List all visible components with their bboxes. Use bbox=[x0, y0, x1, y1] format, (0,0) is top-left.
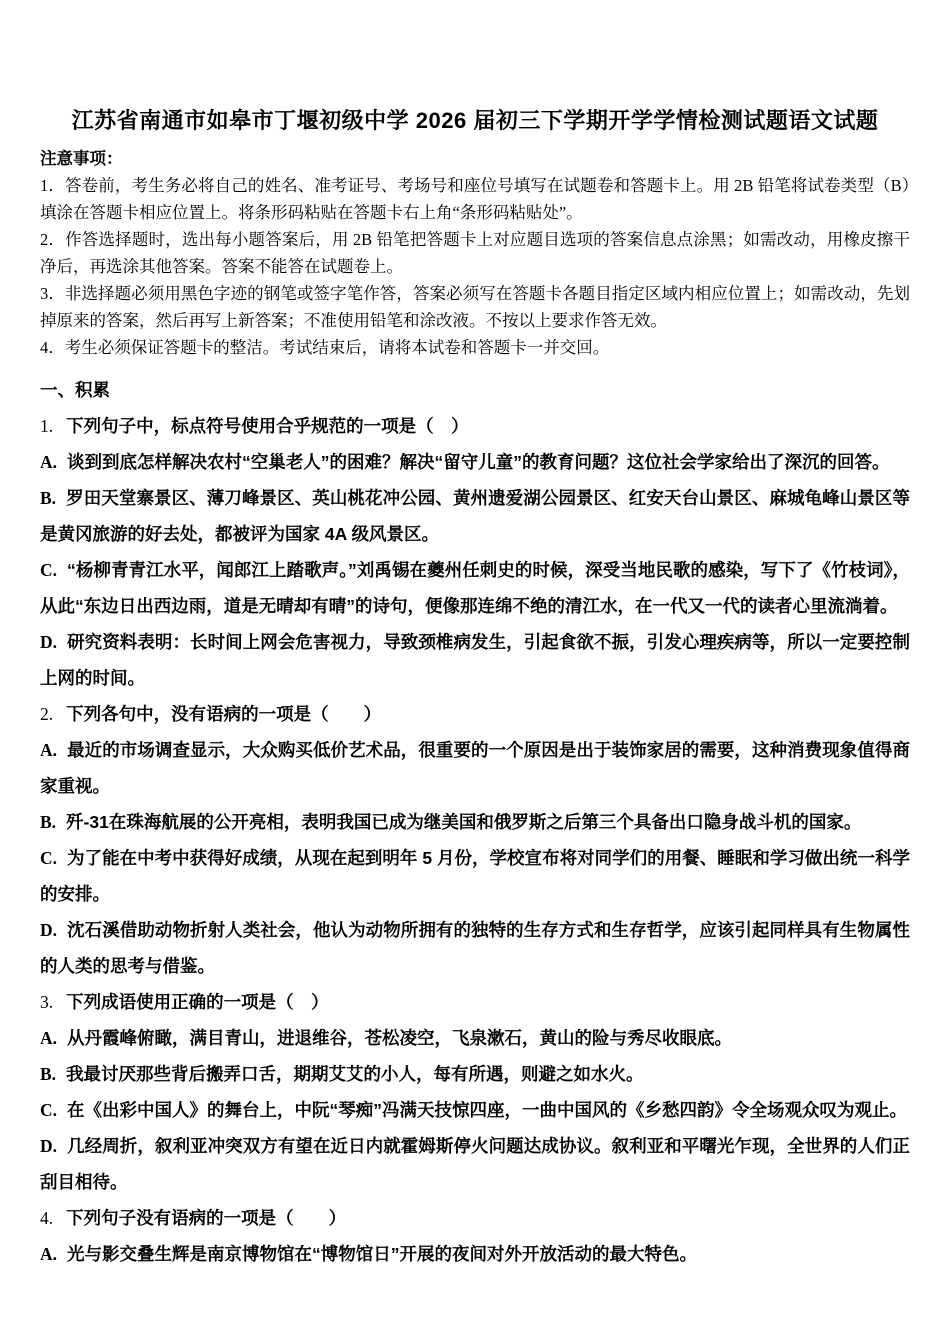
accumulation-section: 一、积累 1.下列句子中，标点符号使用合乎规范的一项是（ ） A.谈到到底怎样解… bbox=[40, 372, 910, 1272]
question-3-option-a: A.从丹霞峰俯瞰，满目青山，进退维谷，苍松凌空，飞泉漱石，黄山的险与秀尽收眼底。 bbox=[40, 1020, 910, 1056]
question-1-option-b: B.罗田天堂寨景区、薄刀峰景区、英山桃花冲公园、黄州遗爱湖公园景区、红安天台山景… bbox=[40, 480, 910, 552]
section-heading: 一、积累 bbox=[40, 372, 910, 408]
question-1-stem-text: 下列句子中，标点符号使用合乎规范的一项是（ ） bbox=[66, 416, 469, 436]
question-1-option-d: D.研究资料表明：长时间上网会危害视力，导致颈椎病发生，引起食欲不振，引发心理疾… bbox=[40, 624, 910, 696]
page-title: 江苏省南通市如皋市丁堰初级中学 2026 届初三下学期开学学情检测试题语文试题 bbox=[40, 106, 910, 136]
option-label: C. bbox=[40, 560, 57, 580]
option-text: 光与影交叠生辉是南京博物馆在“博物馆日”开展的夜间对外开放活动的最大特色。 bbox=[67, 1244, 697, 1264]
option-text: 沈石溪借助动物折射人类社会，他认为动物所拥有的独特的生存方式和生存哲学，应该引起… bbox=[40, 920, 910, 976]
question-1-stem: 1.下列句子中，标点符号使用合乎规范的一项是（ ） bbox=[40, 408, 910, 444]
option-text: 最近的市场调查显示，大众购买低价艺术品，很重要的一个原因是出于装饰家居的需要，这… bbox=[40, 740, 910, 796]
question-3-option-c: C.在《出彩中国人》的舞台上，中阮“琴痴”冯满天技惊四座，一曲中国风的《乡愁四韵… bbox=[40, 1092, 910, 1128]
question-4-option-a: A.光与影交叠生辉是南京博物馆在“博物馆日”开展的夜间对外开放活动的最大特色。 bbox=[40, 1236, 910, 1272]
option-text: 研究资料表明：长时间上网会危害视力，导致颈椎病发生，引起食欲不振，引发心理疾病等… bbox=[40, 632, 910, 688]
question-1-option-a: A.谈到到底怎样解决农村“空巢老人”的困难？解决“留守儿童”的教育问题？这位社会… bbox=[40, 444, 910, 480]
question-2-number: 2. bbox=[40, 704, 53, 724]
question-4-stem-text: 下列句子没有语病的一项是（ ） bbox=[66, 1208, 346, 1228]
question-2-stem-text: 下列各句中，没有语病的一项是（ ） bbox=[66, 704, 381, 724]
option-label: A. bbox=[40, 1244, 57, 1264]
question-1-number: 1. bbox=[40, 416, 53, 436]
notice-section: 注意事项： 1．答卷前，考生务必将自己的姓名、准考证号、考场号和座位号填写在试题… bbox=[40, 145, 910, 361]
option-text: 我最讨厌那些背后搬弄口舌，期期艾艾的小人，每有所遇，则避之如水火。 bbox=[66, 1064, 644, 1084]
option-label: C. bbox=[40, 848, 57, 868]
question-3-number: 3. bbox=[40, 992, 53, 1012]
option-label: D. bbox=[40, 1136, 57, 1156]
option-text: 歼-31在珠海航展的公开亮相，表明我国已成为继美国和俄罗斯之后第三个具备出口隐身… bbox=[66, 812, 861, 832]
option-text: “杨柳青青江水平，闻郎江上踏歌声。”刘禹锡在夔州任刺史的时候，深受当地民歌的感染… bbox=[40, 560, 910, 616]
option-label: A. bbox=[40, 740, 57, 760]
option-text: 谈到到底怎样解决农村“空巢老人”的困难？解决“留守儿童”的教育问题？这位社会学家… bbox=[67, 452, 890, 472]
question-1-option-c: C.“杨柳青青江水平，闻郎江上踏歌声。”刘禹锡在夔州任刺史的时候，深受当地民歌的… bbox=[40, 552, 910, 624]
question-2-option-a: A.最近的市场调查显示，大众购买低价艺术品，很重要的一个原因是出于装饰家居的需要… bbox=[40, 732, 910, 804]
notice-item-4: 4．考生必须保证答题卡的整洁。考试结束后，请将本试卷和答题卡一并交回。 bbox=[40, 334, 910, 361]
option-label: B. bbox=[40, 812, 56, 832]
option-text: 在《出彩中国人》的舞台上，中阮“琴痴”冯满天技惊四座，一曲中国风的《乡愁四韵》令… bbox=[67, 1100, 907, 1120]
option-text: 为了能在中考中获得好成绩，从现在起到明年 5 月份，学校宣布将对同学们的用餐、睡… bbox=[40, 848, 910, 904]
question-3-stem-text: 下列成语使用正确的一项是（ ） bbox=[66, 992, 329, 1012]
option-text: 几经周折，叙利亚冲突双方有望在近日内就霍姆斯停火问题达成协议。叙利亚和平曙光乍现… bbox=[40, 1136, 910, 1192]
option-text: 罗田天堂寨景区、薄刀峰景区、英山桃花冲公园、黄州遗爱湖公园景区、红安天台山景区、… bbox=[40, 488, 910, 544]
exam-page: 江苏省南通市如皋市丁堰初级中学 2026 届初三下学期开学学情检测试题语文试题 … bbox=[0, 0, 950, 1344]
option-label: B. bbox=[40, 488, 56, 508]
option-label: D. bbox=[40, 632, 57, 652]
question-4-stem: 4.下列句子没有语病的一项是（ ） bbox=[40, 1200, 910, 1236]
notice-item-1: 1．答卷前，考生务必将自己的姓名、准考证号、考场号和座位号填写在试题卷和答题卡上… bbox=[40, 172, 910, 226]
question-2-stem: 2.下列各句中，没有语病的一项是（ ） bbox=[40, 696, 910, 732]
notice-heading: 注意事项： bbox=[40, 145, 910, 172]
option-label: D. bbox=[40, 920, 57, 940]
option-label: A. bbox=[40, 1028, 57, 1048]
question-3-option-d: D.几经周折，叙利亚冲突双方有望在近日内就霍姆斯停火问题达成协议。叙利亚和平曙光… bbox=[40, 1128, 910, 1200]
option-text: 从丹霞峰俯瞰，满目青山，进退维谷，苍松凌空，飞泉漱石，黄山的险与秀尽收眼底。 bbox=[67, 1028, 732, 1048]
question-3-option-b: B.我最讨厌那些背后搬弄口舌，期期艾艾的小人，每有所遇，则避之如水火。 bbox=[40, 1056, 910, 1092]
notice-item-2: 2．作答选择题时，选出每小题答案后，用 2B 铅笔把答题卡上对应题目选项的答案信… bbox=[40, 226, 910, 280]
option-label: A. bbox=[40, 452, 57, 472]
question-2-option-b: B.歼-31在珠海航展的公开亮相，表明我国已成为继美国和俄罗斯之后第三个具备出口… bbox=[40, 804, 910, 840]
option-label: B. bbox=[40, 1064, 56, 1084]
question-2-option-c: C.为了能在中考中获得好成绩，从现在起到明年 5 月份，学校宣布将对同学们的用餐… bbox=[40, 840, 910, 912]
question-4-number: 4. bbox=[40, 1208, 53, 1228]
question-3-stem: 3.下列成语使用正确的一项是（ ） bbox=[40, 984, 910, 1020]
option-label: C. bbox=[40, 1100, 57, 1120]
question-2-option-d: D.沈石溪借助动物折射人类社会，他认为动物所拥有的独特的生存方式和生存哲学，应该… bbox=[40, 912, 910, 984]
notice-item-3: 3．非选择题必须用黑色字迹的钢笔或签字笔作答，答案必须写在答题卡各题目指定区域内… bbox=[40, 280, 910, 334]
